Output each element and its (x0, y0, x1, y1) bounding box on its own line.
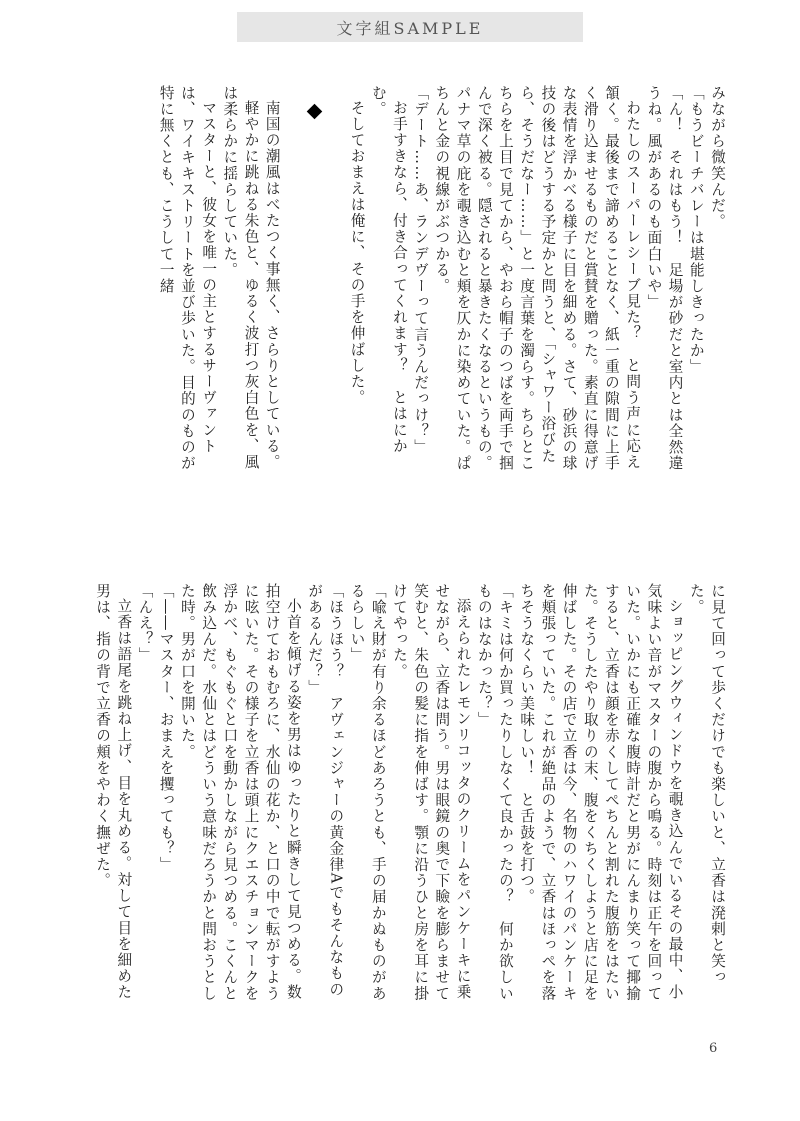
paragraph: マスターと、彼女を唯一の主とするサーヴァントは、ワイキキストリートを並び歩いた。… (156, 85, 220, 485)
paragraph: わたしのスーパーレシーブ見た？ と問う声に応え頷く。最後まで諦めることなく、紙一… (431, 85, 643, 485)
paragraph: 「デート……あ、ランデヴーって言うんだっけ？」 (410, 85, 431, 485)
page-number: 6 (709, 1041, 717, 1056)
blank-line: ​ (283, 85, 304, 485)
paragraph: みながら微笑んだ。 (707, 85, 728, 485)
paragraph: 「んえ？」 (134, 583, 155, 1013)
text-section-bottom: に見て回って歩くだけでも楽しいと、立香は溌剌と笑った。 ショッピングウィンドウを… (88, 583, 728, 1013)
paragraph: に見て回って歩くだけでも楽しいと、立香は溌剌と笑った。 (686, 583, 728, 1013)
paragraph: 「もうビーチバレーは堪能しきったか」 (686, 85, 707, 485)
paragraph: 「ほうほう？ アヴェンジャーの黄金律Aでもそんなものがあるんだ？」 (304, 583, 346, 1013)
paragraph: 「キミは何か買ったりしなくて良かったの？ 何か欲しいものはなかった？」 (474, 583, 516, 1013)
paragraph: そしておまえは俺に、その手を伸ばした。 (346, 85, 367, 485)
paragraph: 添えられたレモンリコッタのクリームをパンケーキに乗せながら、立香は問う。男は眼鏡… (389, 583, 474, 1013)
paragraph: 小首を傾げる姿を男はゆったりと瞬きして見つめる。数拍空けておもむろに、水仙の花か… (177, 583, 304, 1013)
blank-line: ​ (325, 85, 346, 485)
text-section-top: みながら微笑んだ。 「もうビーチバレーは堪能しきったか」 「ん！ それはもう！ … (68, 85, 728, 485)
paragraph: お手すきなら、付き合ってくれます？ とはにかむ。 (368, 85, 410, 485)
paragraph: 「喩え財が有り余るほどあろうとも、手の届かぬものがあるらしい」 (346, 583, 388, 1013)
paragraph: 立香は語尾を跳ね上げ、目を丸める。対して目を細めた男は、指の背で立香の頬をやわく… (92, 583, 134, 1013)
paragraph: 南国の潮風はべたつく事無く、さらりとしている。 (262, 85, 283, 485)
header-bar: 文字組SAMPLE (237, 12, 583, 42)
paragraph: 「ん！ それはもう！ 足場が砂だと室内とは全然違うね。風があるのも面白いや」 (643, 85, 685, 485)
section-divider (304, 85, 325, 485)
paragraph: 軽やかに跳ねる朱色と、ゆるく波打つ灰白色を、風は柔らかに揺らしていた。 (219, 85, 261, 485)
paragraph: ショッピングウィンドウを覗き込んでいるその最中、小気味よい音がマスターの腹から鳴… (516, 583, 686, 1013)
diamond-icon (306, 103, 322, 119)
page-header-title: 文字組SAMPLE (337, 16, 484, 39)
paragraph: 「――マスター、おまえを攫っても？」 (156, 583, 177, 1013)
